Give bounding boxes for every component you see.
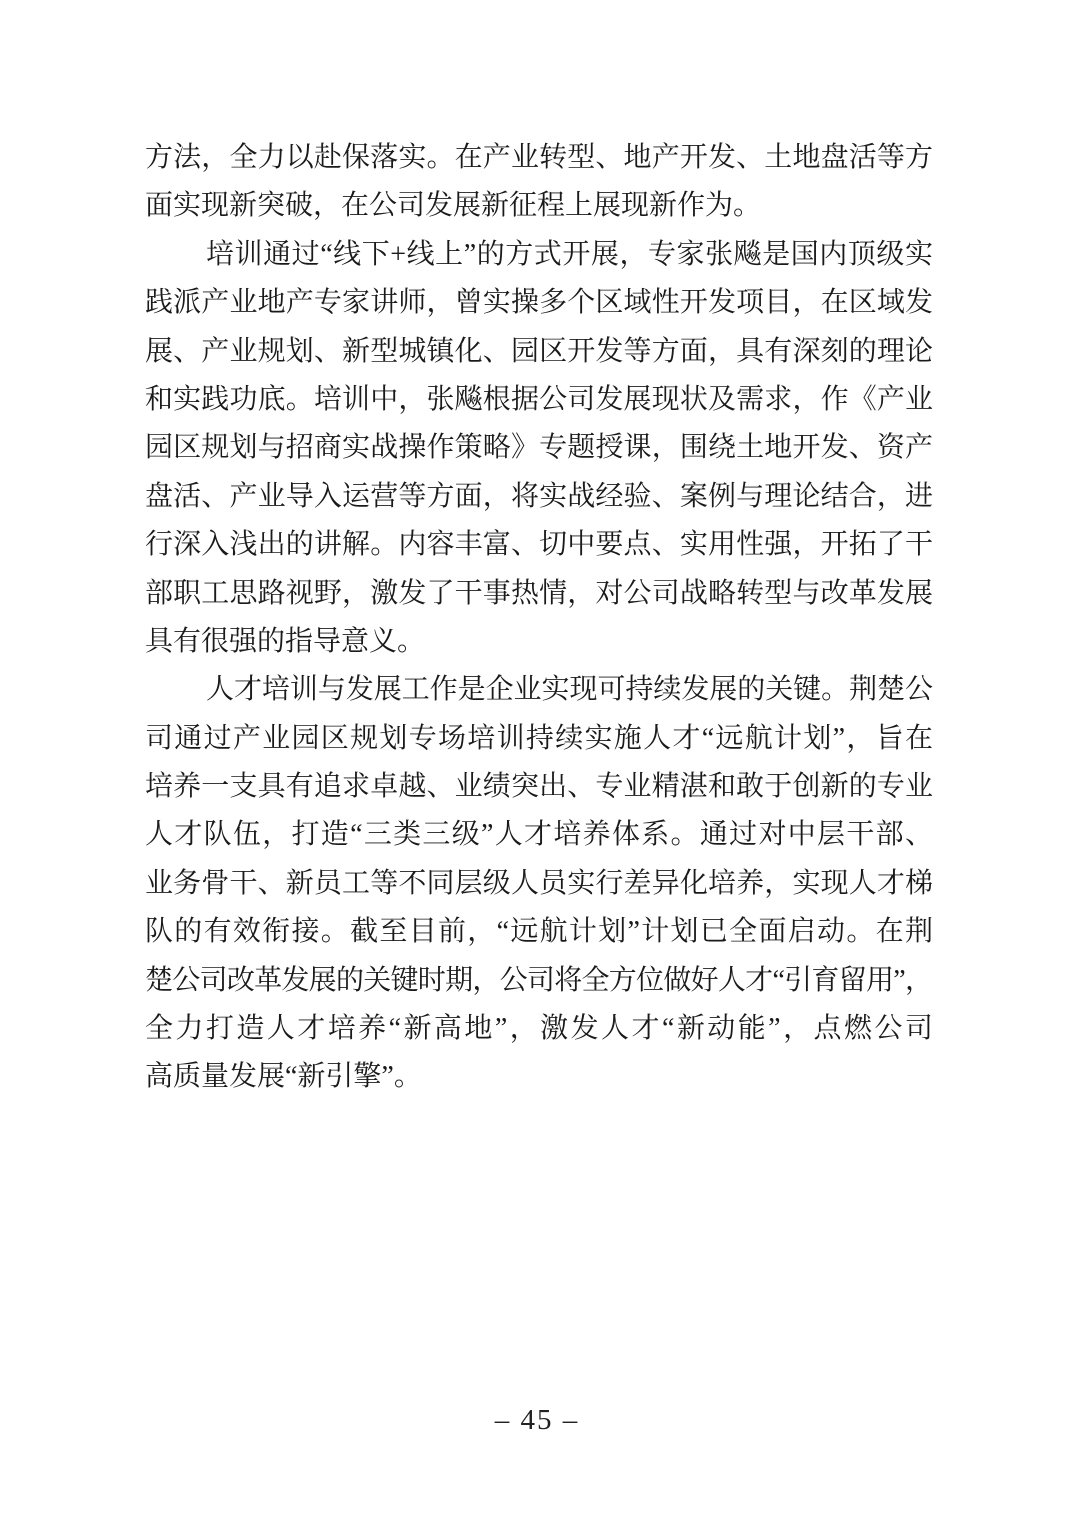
text-line: 园区规划与招商实战操作策略》专题授课，围绕土地开发、资产 [145, 424, 933, 472]
text-line: 楚公司改革发展的关键时期，公司将全方位做好人才“引育留用”， [145, 957, 933, 1005]
text-line: 培训通过“线下+线上”的方式开展，专家张飚是国内顶级实 [145, 231, 933, 279]
text-line: 展、产业规划、新型城镇化、园区开发等方面，具有深刻的理论 [145, 328, 933, 376]
text-block: 方法，全力以赴保落实。在产业转型、地产开发、土地盘活等方面实现新突破，在公司发展… [145, 134, 933, 1102]
text-line: 盘活、产业导入运营等方面，将实战经验、案例与理论结合，进 [145, 473, 933, 521]
text-line: 队的有效衔接。截至目前，“远航计划”计划已全面启动。在荆 [145, 908, 933, 956]
text-line: 高质量发展“新引擎”。 [145, 1053, 933, 1101]
text-line: 行深入浅出的讲解。内容丰富、切中要点、实用性强，开拓了干 [145, 521, 933, 569]
document-page: 方法，全力以赴保落实。在产业转型、地产开发、土地盘活等方面实现新突破，在公司发展… [0, 0, 1074, 1520]
text-line: 方法，全力以赴保落实。在产业转型、地产开发、土地盘活等方 [145, 134, 933, 182]
text-line: 业务骨干、新员工等不同层级人员实行差异化培养，实现人才梯 [145, 860, 933, 908]
text-line: 部职工思路视野，激发了干事热情，对公司战略转型与改革发展 [145, 570, 933, 618]
text-line: 全力打造人才培养“新高地”，激发人才“新动能”，点燃公司 [145, 1005, 933, 1053]
text-line: 具有很强的指导意义。 [145, 618, 933, 666]
page-number: – 45 – [0, 1404, 1074, 1437]
text-line: 培养一支具有追求卓越、业绩突出、专业精湛和敢于创新的专业 [145, 763, 933, 811]
text-line: 人才培训与发展工作是企业实现可持续发展的关键。荆楚公 [145, 666, 933, 714]
text-line: 面实现新突破，在公司发展新征程上展现新作为。 [145, 182, 933, 230]
text-line: 司通过产业园区规划专场培训持续实施人才“远航计划”，旨在 [145, 715, 933, 763]
text-line: 人才队伍，打造“三类三级”人才培养体系。通过对中层干部、 [145, 811, 933, 859]
text-line: 和实践功底。培训中，张飚根据公司发展现状及需求，作《产业 [145, 376, 933, 424]
text-line: 践派产业地产专家讲师，曾实操多个区域性开发项目，在区域发 [145, 279, 933, 327]
